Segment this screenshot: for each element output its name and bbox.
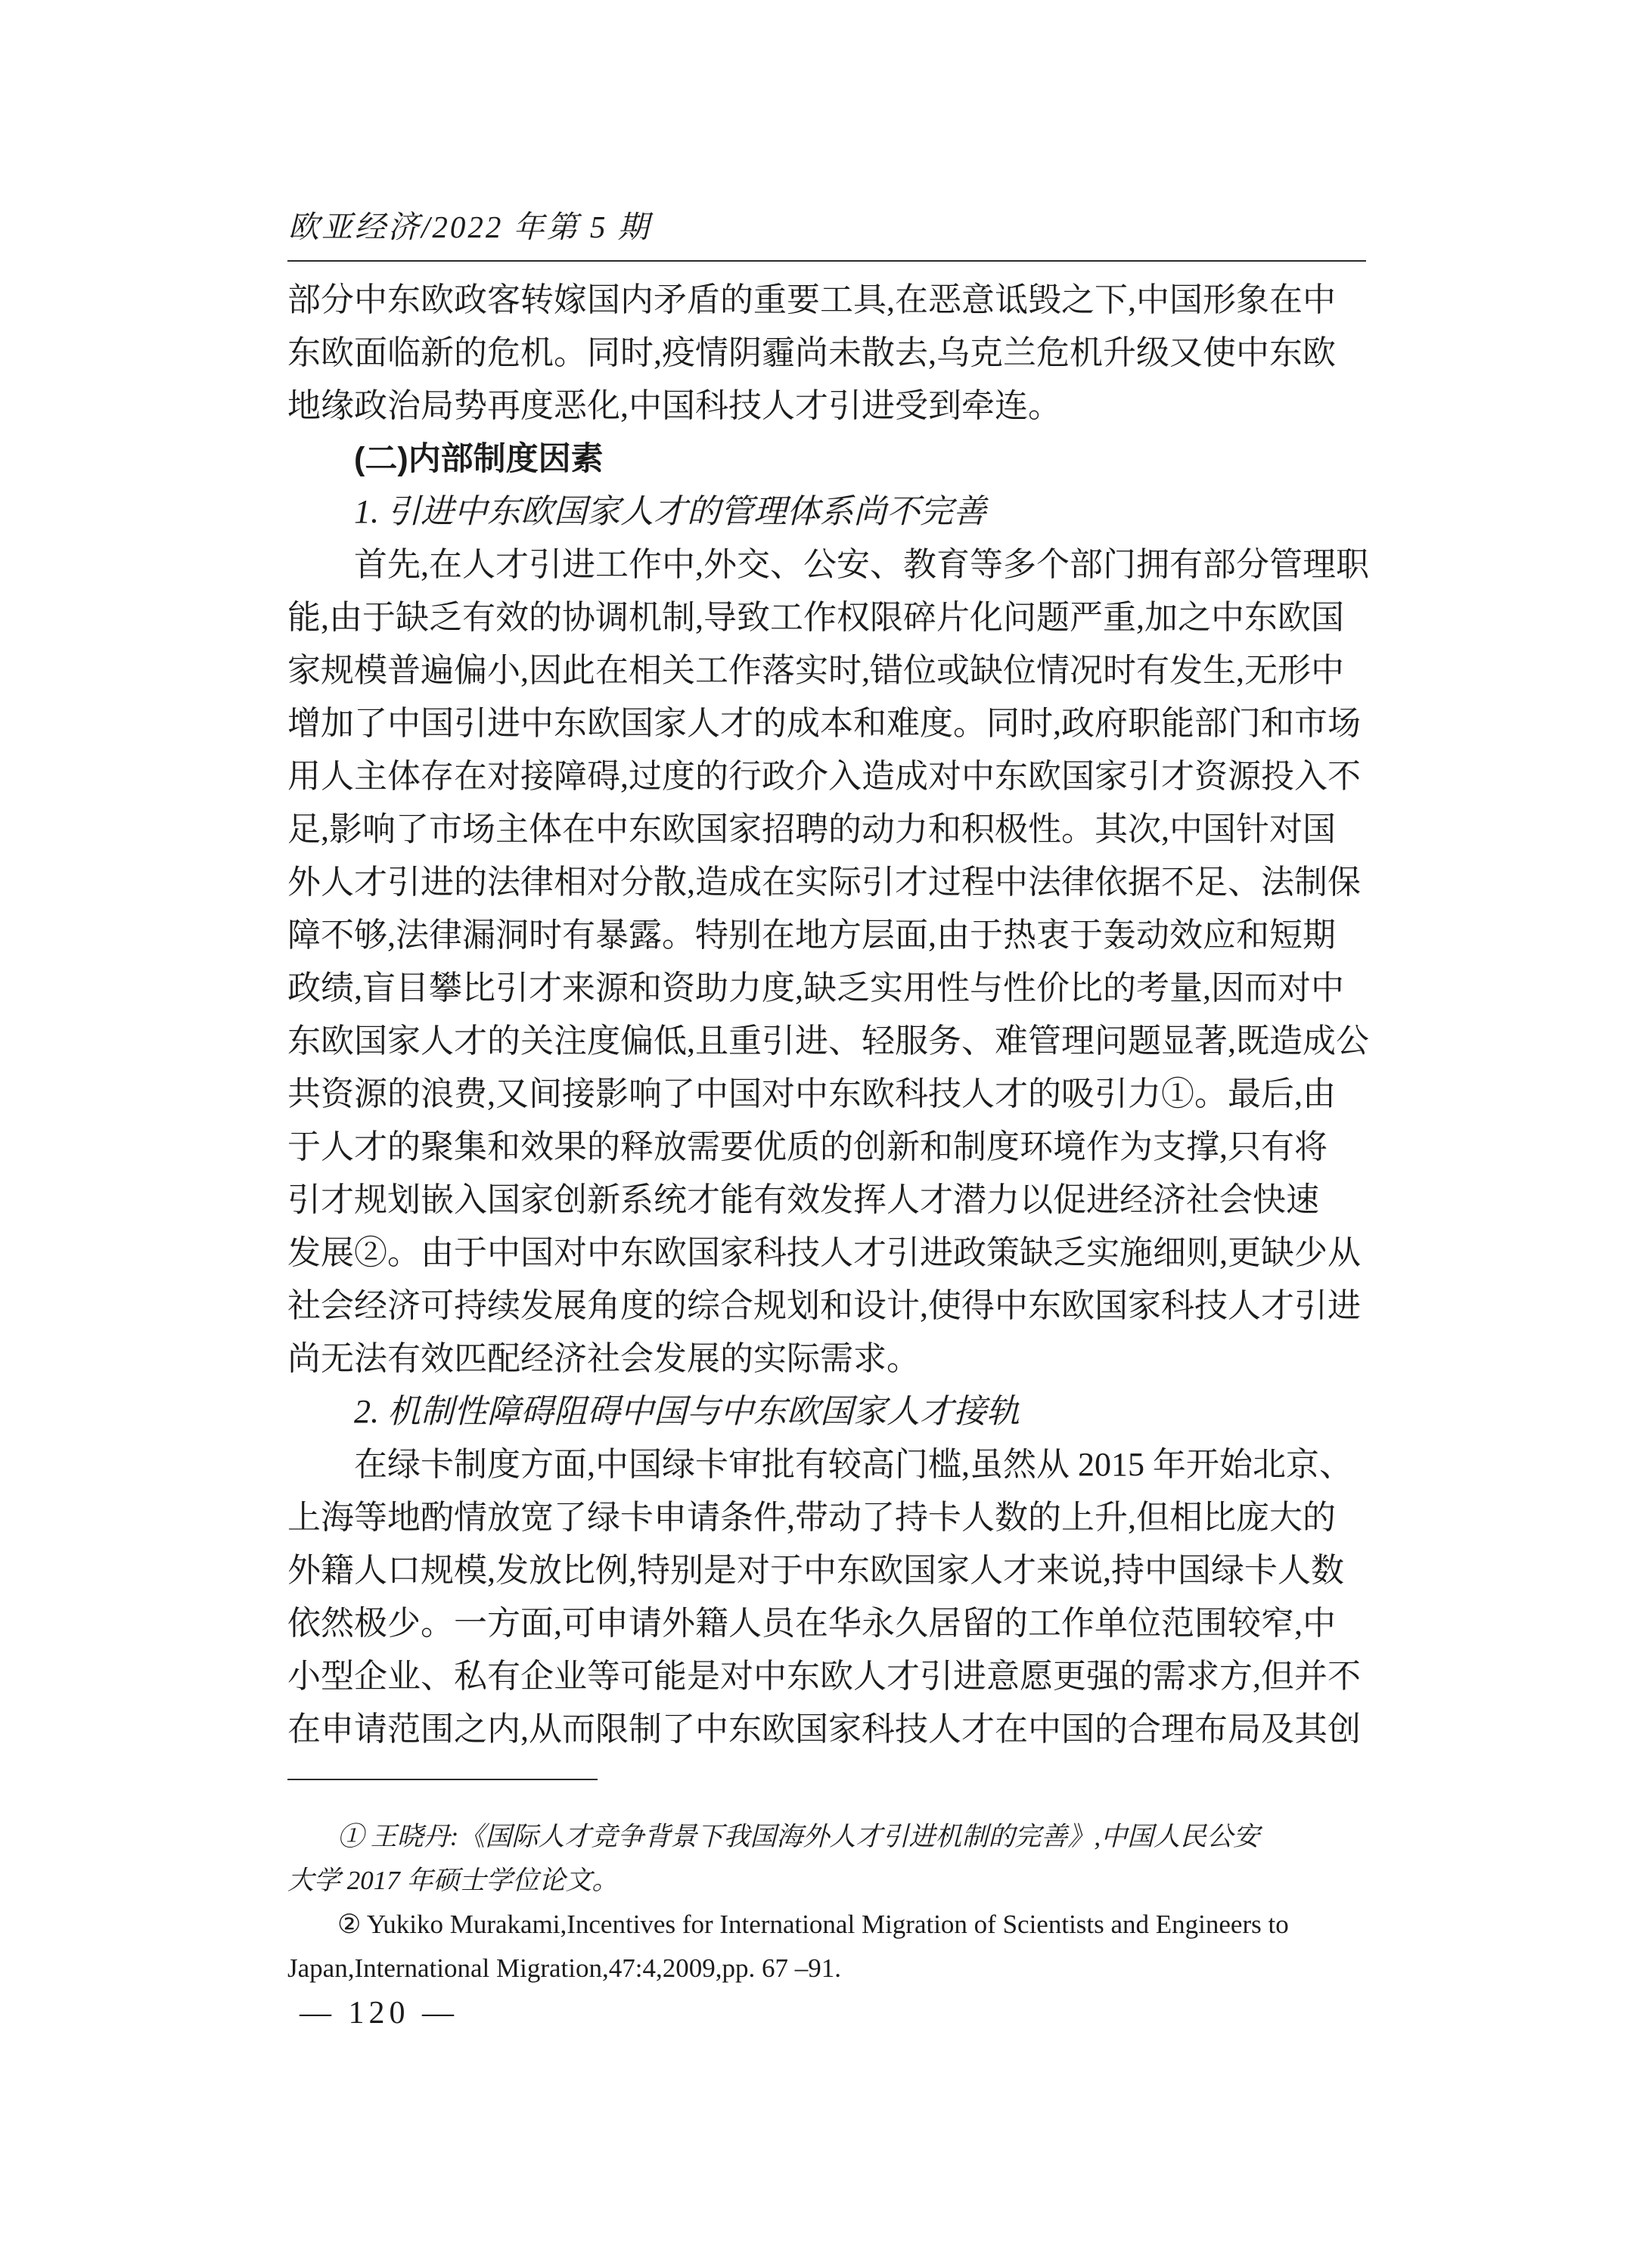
paragraph-line: 小型企业、私有企业等可能是对中东欧人才引进意愿更强的需求方,但并不	[287, 1650, 1377, 1703]
paragraph-line: 外籍人口规模,发放比例,特别是对于中东欧国家人才来说,持中国绿卡人数	[287, 1544, 1377, 1597]
paragraph-line: 用人主体存在对接障碍,过度的行政介入造成对中东欧国家引才资源投入不	[287, 750, 1377, 803]
subsection-heading: 2. 机制性障碍阻碍中国与中东欧国家人才接轨	[287, 1385, 1377, 1438]
paragraph-line: 增加了中国引进中东欧国家人才的成本和难度。同时,政府职能部门和市场	[287, 697, 1377, 750]
paragraph-line: 外人才引进的法律相对分散,造成在实际引才过程中法律依据不足、法制保	[287, 856, 1377, 909]
paragraph-line: 政绩,盲目攀比引才来源和资助力度,缺乏实用性与性价比的考量,因而对中	[287, 962, 1377, 1015]
document-page: 欧亚经济/2022 年第 5 期 部分中东欧政客转嫁国内矛盾的重要工具,在恶意诋…	[0, 0, 1652, 2268]
paragraph-line: 东欧国家人才的关注度偏低,且重引进、轻服务、难管理问题显著,既造成公	[287, 1015, 1377, 1068]
paragraph-line: 部分中东欧政客转嫁国内矛盾的重要工具,在恶意诋毁之下,中国形象在中	[287, 274, 1377, 327]
paragraph-line: 依然极少。一方面,可申请外籍人员在华永久居留的工作单位范围较窄,中	[287, 1597, 1377, 1650]
paragraph-line: 足,影响了市场主体在中东欧国家招聘的动力和积极性。其次,中国针对国	[287, 803, 1377, 856]
footnote-line: 大学 2017 年硕士学位论文。	[287, 1859, 1377, 1903]
paragraph-line: 社会经济可持续发展角度的综合规划和设计,使得中东欧国家科技人才引进	[287, 1280, 1377, 1333]
paragraph-line: 尚无法有效匹配经济社会发展的实际需求。	[287, 1333, 1377, 1385]
footnote-line: ① 王晓丹:《国际人才竞争背景下我国海外人才引进机制的完善》,中国人民公安	[287, 1815, 1377, 1859]
journal-header: 欧亚经济/2022 年第 5 期	[288, 207, 651, 247]
paragraph-line: 地缘政治局势再度恶化,中国科技人才引进受到牵连。	[287, 380, 1377, 433]
body-text: 部分中东欧政客转嫁国内矛盾的重要工具,在恶意诋毁之下,中国形象在中 东欧面临新的…	[287, 274, 1377, 1756]
paragraph-line: 共资源的浪费,又间接影响了中国对中东欧科技人才的吸引力①。最后,由	[287, 1068, 1377, 1121]
paragraph-line: 障不够,法律漏洞时有暴露。特别在地方层面,由于热衷于轰动效应和短期	[287, 909, 1377, 962]
paragraph-line: 家规模普遍偏小,因此在相关工作落实时,错位或缺位情况时有发生,无形中	[287, 644, 1377, 697]
paragraph-line: 引才规划嵌入国家创新系统才能有效发挥人才潜力以促进经济社会快速	[287, 1174, 1377, 1227]
paragraph-line: 上海等地酌情放宽了绿卡申请条件,带动了持卡人数的上升,但相比庞大的	[287, 1491, 1377, 1544]
paragraph-line: 在绿卡制度方面,中国绿卡审批有较高门槛,虽然从 2015 年开始北京、	[287, 1438, 1377, 1491]
paragraph-line: 能,由于缺乏有效的协调机制,导致工作权限碎片化问题严重,加之中东欧国	[287, 591, 1377, 644]
paragraph-line: 于人才的聚集和效果的释放需要优质的创新和制度环境作为支撑,只有将	[287, 1121, 1377, 1174]
paragraph-line: 发展②。由于中国对中东欧国家科技人才引进政策缺乏实施细则,更缺少从	[287, 1227, 1377, 1280]
footnote-line: Japan,International Migration,47:4,2009,…	[287, 1947, 1377, 1990]
paragraph-line: 首先,在人才引进工作中,外交、公安、教育等多个部门拥有部分管理职	[287, 538, 1377, 591]
section-heading: (二)内部制度因素	[287, 433, 1377, 486]
paragraph-line: 在申请范围之内,从而限制了中东欧国家科技人才在中国的合理布局及其创	[287, 1703, 1377, 1756]
footnote-separator-rule	[287, 1779, 598, 1780]
subsection-heading: 1. 引进中东欧国家人才的管理体系尚不完善	[287, 486, 1377, 538]
paragraph-line: 东欧面临新的危机。同时,疫情阴霾尚未散去,乌克兰危机升级又使中东欧	[287, 327, 1377, 380]
header-rule	[287, 260, 1366, 262]
footnotes: ① 王晓丹:《国际人才竞争背景下我国海外人才引进机制的完善》,中国人民公安 大学…	[287, 1815, 1377, 1990]
page-number: — 120 —	[300, 1993, 458, 2033]
footnote-line: ② Yukiko Murakami,Incentives for Interna…	[287, 1903, 1377, 1947]
